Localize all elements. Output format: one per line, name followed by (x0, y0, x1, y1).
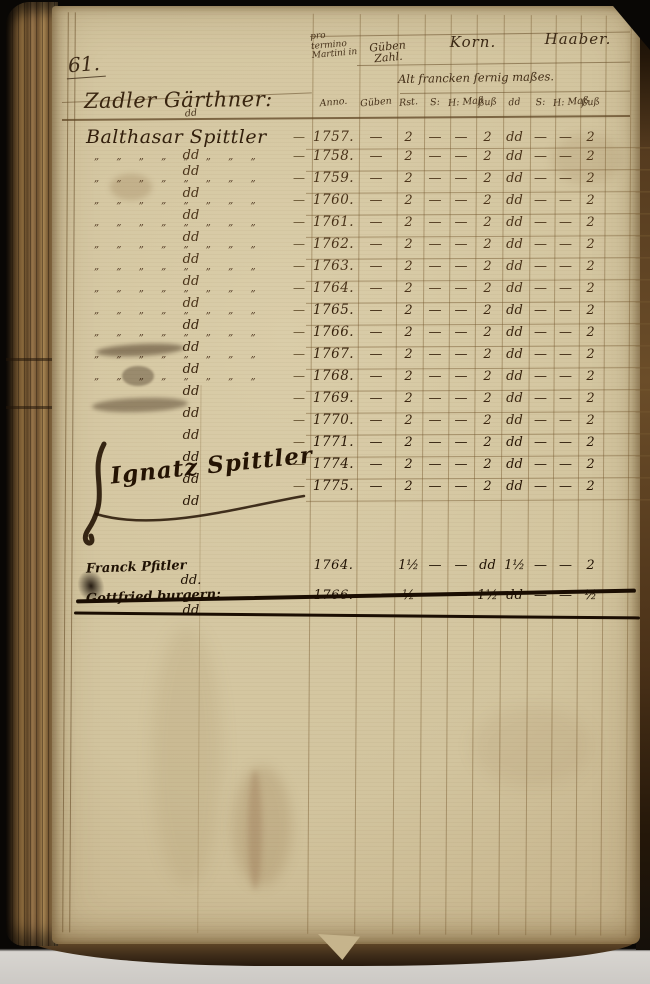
table-row: „ „ „ „ „ „ „ „—1758.—2——2dd——2dd (72, 148, 628, 170)
row-value: — (357, 149, 395, 164)
row-value: — (553, 413, 578, 428)
struck-row: Franck Pfitler1764.1½——dd1½——2dd. (72, 558, 628, 588)
row-value: — (553, 479, 578, 494)
row-value: — (553, 391, 578, 406)
row-value: dd (501, 237, 528, 252)
row-year: 1763. (310, 258, 357, 274)
struck-row-value: — (422, 558, 448, 573)
row-value: — (357, 391, 395, 406)
row-value: — (422, 479, 448, 494)
row-value: — (357, 413, 395, 428)
row-value: — (553, 259, 578, 274)
row-dash: — (293, 325, 307, 339)
row-value: — (357, 479, 395, 494)
row-value: — (357, 347, 395, 362)
row-value: dd (501, 130, 528, 145)
row-value: dd (501, 193, 528, 208)
row-value: — (357, 237, 395, 252)
ink-smudge (122, 366, 154, 386)
row-value: 2 (474, 325, 501, 340)
row-year: 1757. (310, 129, 357, 145)
row-value: 2 (395, 193, 422, 208)
row-value: dd (501, 215, 528, 230)
row-value: — (448, 479, 474, 494)
table-row: „ „ „ „ „ „ „ „—1765.—2——2dd——2dd (72, 302, 628, 324)
row-value: — (422, 171, 448, 186)
row-value: — (448, 149, 474, 164)
row-value: 2 (578, 215, 603, 230)
row-value: 2 (474, 149, 501, 164)
row-value: 2 (578, 391, 603, 406)
row-value: 2 (578, 369, 603, 384)
row-value: 2 (395, 303, 422, 318)
struck-row-value: 1½ (501, 558, 528, 573)
row-value: — (448, 347, 474, 362)
row-year: 1767. (310, 346, 357, 362)
row-dash: — (293, 391, 307, 405)
korn-group-title: Korn. (418, 33, 528, 51)
row-value: — (448, 259, 474, 274)
row-dash: — (293, 303, 307, 317)
row-value: 2 (395, 413, 422, 428)
row-value: — (422, 281, 448, 296)
row-value: — (357, 130, 395, 145)
row-value: 2 (395, 237, 422, 252)
row-value: — (528, 479, 553, 494)
row-value: dd (501, 325, 528, 340)
row-value: — (357, 259, 395, 274)
row-value: dd (501, 391, 528, 406)
row-value: — (528, 391, 553, 406)
row-value: 2 (578, 303, 603, 318)
row-value: 2 (474, 479, 501, 494)
row-value: — (553, 281, 578, 296)
row-dash: — (293, 193, 307, 207)
row-value: 2 (474, 193, 501, 208)
row-name-text: „ „ „ „ „ „ „ „ (86, 151, 256, 162)
signature-flourish (64, 436, 324, 556)
table-row: „ „ „ „ „ „ „ „—1760.—2——2dd——2dd (72, 192, 628, 214)
row-dash: — (293, 215, 307, 229)
row-value: — (528, 413, 553, 428)
row-value: 2 (395, 215, 422, 230)
scanned-ledger-book: 61. Zadler Gärthner: pro termino Martini… (0, 0, 650, 984)
row-value: dd (501, 149, 528, 164)
row-name: „ „ „ „ „ „ „ „— (72, 149, 310, 163)
row-name: „ „ „ „ „ „ „ „— (72, 281, 310, 295)
ledger-page: 61. Zadler Gärthner: pro termino Martini… (52, 6, 640, 944)
row-value: 2 (578, 325, 603, 340)
row-value: 2 (474, 457, 501, 472)
row-value: — (528, 149, 553, 164)
row-value: 2 (395, 259, 422, 274)
row-value: dd (501, 281, 528, 296)
column-label: S: (422, 96, 449, 109)
row-value: — (422, 130, 448, 145)
row-value: — (528, 130, 553, 145)
struck-row-value: — (528, 558, 553, 573)
row-value: — (448, 303, 474, 318)
row-year: 1768. (310, 368, 357, 384)
row-value: — (448, 215, 474, 230)
row-value: — (357, 215, 395, 230)
row-value: dd (501, 479, 528, 494)
row-value: 2 (474, 391, 501, 406)
row-value: — (553, 369, 578, 384)
column-label-anno: Anno. (310, 95, 358, 110)
row-name: „ „ „ „ „ „ „ „— (72, 303, 310, 317)
row-year: 1760. (310, 192, 357, 208)
row-value: — (422, 325, 448, 340)
row-value: 2 (395, 457, 422, 472)
row-value: 2 (578, 237, 603, 252)
table-row: „ „ „ „ „ „ „ „—1761.—2——2dd——2dd (72, 214, 628, 236)
row-name: „ „ „ „ „ „ „ „— (72, 369, 310, 383)
row-value: — (357, 281, 395, 296)
row-value: — (422, 457, 448, 472)
row-name-text: „ „ „ „ „ „ „ „ (86, 283, 256, 294)
row-value: 2 (474, 369, 501, 384)
column-label: H: Maß (448, 96, 475, 109)
column-label: dd (501, 96, 529, 109)
row-year: 1766. (310, 324, 357, 340)
row-value: 2 (395, 281, 422, 296)
table-row: „ „ „ „ „ „ „ „—1763.—2——2dd——2dd (72, 258, 628, 280)
row-value: — (553, 303, 578, 318)
row-value: 2 (474, 413, 501, 428)
row-name-text: „ „ „ „ „ „ „ „ (86, 261, 256, 272)
struck-row-value: dd (474, 558, 501, 573)
row-value: 2 (395, 347, 422, 362)
column-label: ßuß (474, 96, 502, 109)
paper-stain (152, 626, 222, 886)
row-value: — (357, 369, 395, 384)
row-value: 2 (474, 347, 501, 362)
table-row: Balthasar Spittler—1757.—2——2dd——2dd (72, 126, 628, 148)
row-value: 2 (474, 171, 501, 186)
row-year: 1764. (310, 280, 357, 296)
row-value: — (357, 303, 395, 318)
scan-corner-shadow (608, 0, 650, 50)
row-value: — (528, 237, 553, 252)
row-value: — (553, 193, 578, 208)
row-value: 2 (578, 457, 603, 472)
struck-row-value: 2 (578, 558, 603, 573)
row-value: — (357, 435, 395, 450)
row-name: „ „ „ „ „ „ „ „— (72, 193, 310, 207)
row-value: — (357, 193, 395, 208)
row-value: — (422, 303, 448, 318)
row-year: 1765. (310, 302, 357, 318)
row-value: 2 (395, 325, 422, 340)
row-value: — (448, 457, 474, 472)
row-value: — (528, 369, 553, 384)
row-value: — (553, 457, 578, 472)
row-value: 2 (395, 435, 422, 450)
row-year: 1758. (310, 148, 357, 164)
row-value: — (422, 347, 448, 362)
struck-row-value: — (448, 558, 474, 573)
row-value: — (528, 215, 553, 230)
row-value: dd (501, 347, 528, 362)
row-value: — (422, 435, 448, 450)
row-value: 2 (578, 435, 603, 450)
row-name-text: „ „ „ „ „ „ „ „ (86, 239, 256, 250)
row-value: — (553, 347, 578, 362)
struck-row-value: 1½ (395, 558, 422, 573)
paper-stain (552, 134, 622, 184)
row-year: 1759. (310, 170, 357, 186)
row-year: 1762. (310, 236, 357, 252)
row-value: dd (501, 413, 528, 428)
row-value: — (357, 325, 395, 340)
row-name: „ „ „ „ „ „ „ „— (72, 325, 310, 339)
table-row: —1770.—2——2dd——2dd (72, 412, 628, 434)
row-dash: — (293, 413, 307, 427)
row-name-text: „ „ „ „ „ „ „ „ (86, 327, 256, 338)
row-value: dd (501, 369, 528, 384)
row-name-text: „ „ „ „ „ „ „ „ (86, 195, 256, 206)
row-value: — (528, 193, 553, 208)
row-value: — (357, 457, 395, 472)
row-value: dd (501, 457, 528, 472)
row-name: — (72, 413, 310, 427)
row-value: — (448, 193, 474, 208)
row-value: — (422, 413, 448, 428)
row-value: 2 (474, 237, 501, 252)
row-value: — (448, 391, 474, 406)
row-value: — (553, 215, 578, 230)
row-dash: — (293, 259, 307, 273)
row-value: — (357, 171, 395, 186)
row-dash: — (293, 171, 307, 185)
struck-rows: Franck Pfitler1764.1½——dd1½——2dd.Gottfri… (72, 558, 628, 618)
row-value: — (448, 413, 474, 428)
row-value: — (448, 130, 474, 145)
pro-termino-label: pro termino Martini in (310, 29, 358, 61)
row-value: — (448, 237, 474, 252)
row-value: — (448, 281, 474, 296)
struck-row-value: — (553, 558, 578, 573)
row-name: „ „ „ „ „ „ „ „— (72, 259, 310, 273)
struck-row-year: 1764. (310, 558, 357, 573)
row-value: — (553, 237, 578, 252)
row-year: 1770. (310, 412, 357, 428)
row-value: — (422, 369, 448, 384)
row-name-text: „ „ „ „ „ „ „ „ (86, 305, 256, 316)
row-value: 2 (578, 193, 603, 208)
row-dash: — (293, 149, 307, 163)
row-value: 2 (395, 479, 422, 494)
row-value: 2 (395, 171, 422, 186)
row-dash: — (293, 237, 307, 251)
row-value: — (528, 281, 553, 296)
table-row: „ „ „ „ „ „ „ „—1764.—2——2dd——2dd (72, 280, 628, 302)
row-name-text: „ „ „ „ „ „ „ „ (86, 217, 256, 228)
table-subheader-row: Anno.GübenRst.S:H: MaßßußddS:H: Maßßußdd (72, 97, 628, 119)
row-value: — (528, 259, 553, 274)
column-label: ßuß (578, 96, 604, 109)
row-value: 2 (474, 130, 501, 145)
row-value: 2 (578, 479, 603, 494)
row-value: 2 (474, 281, 501, 296)
paper-stain (110, 174, 152, 200)
row-name: „ „ „ „ „ „ „ „— (72, 237, 310, 251)
row-value: 2 (474, 303, 501, 318)
row-value: 2 (395, 391, 422, 406)
row-value: — (448, 435, 474, 450)
row-value: dd (501, 171, 528, 186)
row-value: 2 (474, 259, 501, 274)
row-name: „ „ „ „ „ „ „ „— (72, 215, 310, 229)
row-value: — (448, 369, 474, 384)
column-label: S: (528, 96, 554, 109)
row-value: 2 (395, 130, 422, 145)
table-row: „ „ „ „ „ „ „ „—1768.—2——2dd——2dd (72, 368, 628, 390)
row-value: 2 (395, 149, 422, 164)
row-value: — (528, 325, 553, 340)
table-row: „ „ „ „ „ „ „ „—1759.—2——2dd——2dd (72, 170, 628, 192)
row-value: — (528, 303, 553, 318)
row-year: 1769. (310, 390, 357, 406)
row-value: — (528, 171, 553, 186)
row-value: — (528, 435, 553, 450)
row-dash: — (293, 347, 307, 361)
row-value: — (422, 391, 448, 406)
folio-number: 61. (65, 51, 106, 80)
row-value: — (528, 347, 553, 362)
row-value: — (448, 325, 474, 340)
row-value: — (448, 171, 474, 186)
paper-stain (232, 766, 292, 886)
row-value: 2 (474, 435, 501, 450)
column-label: Güben (357, 95, 396, 109)
row-value: dd (501, 435, 528, 450)
row-value: 2 (578, 281, 603, 296)
paper-stain (248, 770, 262, 890)
column-label: H: Maß (553, 96, 579, 109)
row-dash: — (293, 281, 307, 295)
row-year: 1761. (310, 214, 357, 230)
row-name: Balthasar Spittler— (72, 126, 310, 148)
paper-stain (472, 706, 592, 786)
row-value: — (422, 193, 448, 208)
row-value: dd (501, 303, 528, 318)
row-name-text: „ „ „ „ „ „ „ „ (86, 371, 256, 382)
column-label: Rst. (395, 96, 423, 109)
page-stack-crease (6, 358, 58, 361)
row-value: 2 (474, 215, 501, 230)
row-value: — (528, 457, 553, 472)
row-value: — (553, 325, 578, 340)
row-value: 2 (395, 369, 422, 384)
row-value: — (422, 237, 448, 252)
row-dash: — (293, 369, 307, 383)
row-value: 2 (578, 347, 603, 362)
row-value: dd (501, 259, 528, 274)
row-value: — (422, 259, 448, 274)
row-value: — (422, 215, 448, 230)
row-name: „ „ „ „ „ „ „ „— (72, 171, 310, 185)
row-name-text: Balthasar Spittler (86, 126, 267, 148)
row-dash: — (293, 130, 307, 144)
table-row: „ „ „ „ „ „ „ „—1762.—2——2dd——2dd (72, 236, 628, 258)
row-value: — (422, 149, 448, 164)
row-value: 2 (578, 413, 603, 428)
row-value: — (553, 435, 578, 450)
row-value: 2 (578, 259, 603, 274)
page-stack-crease (6, 406, 58, 409)
